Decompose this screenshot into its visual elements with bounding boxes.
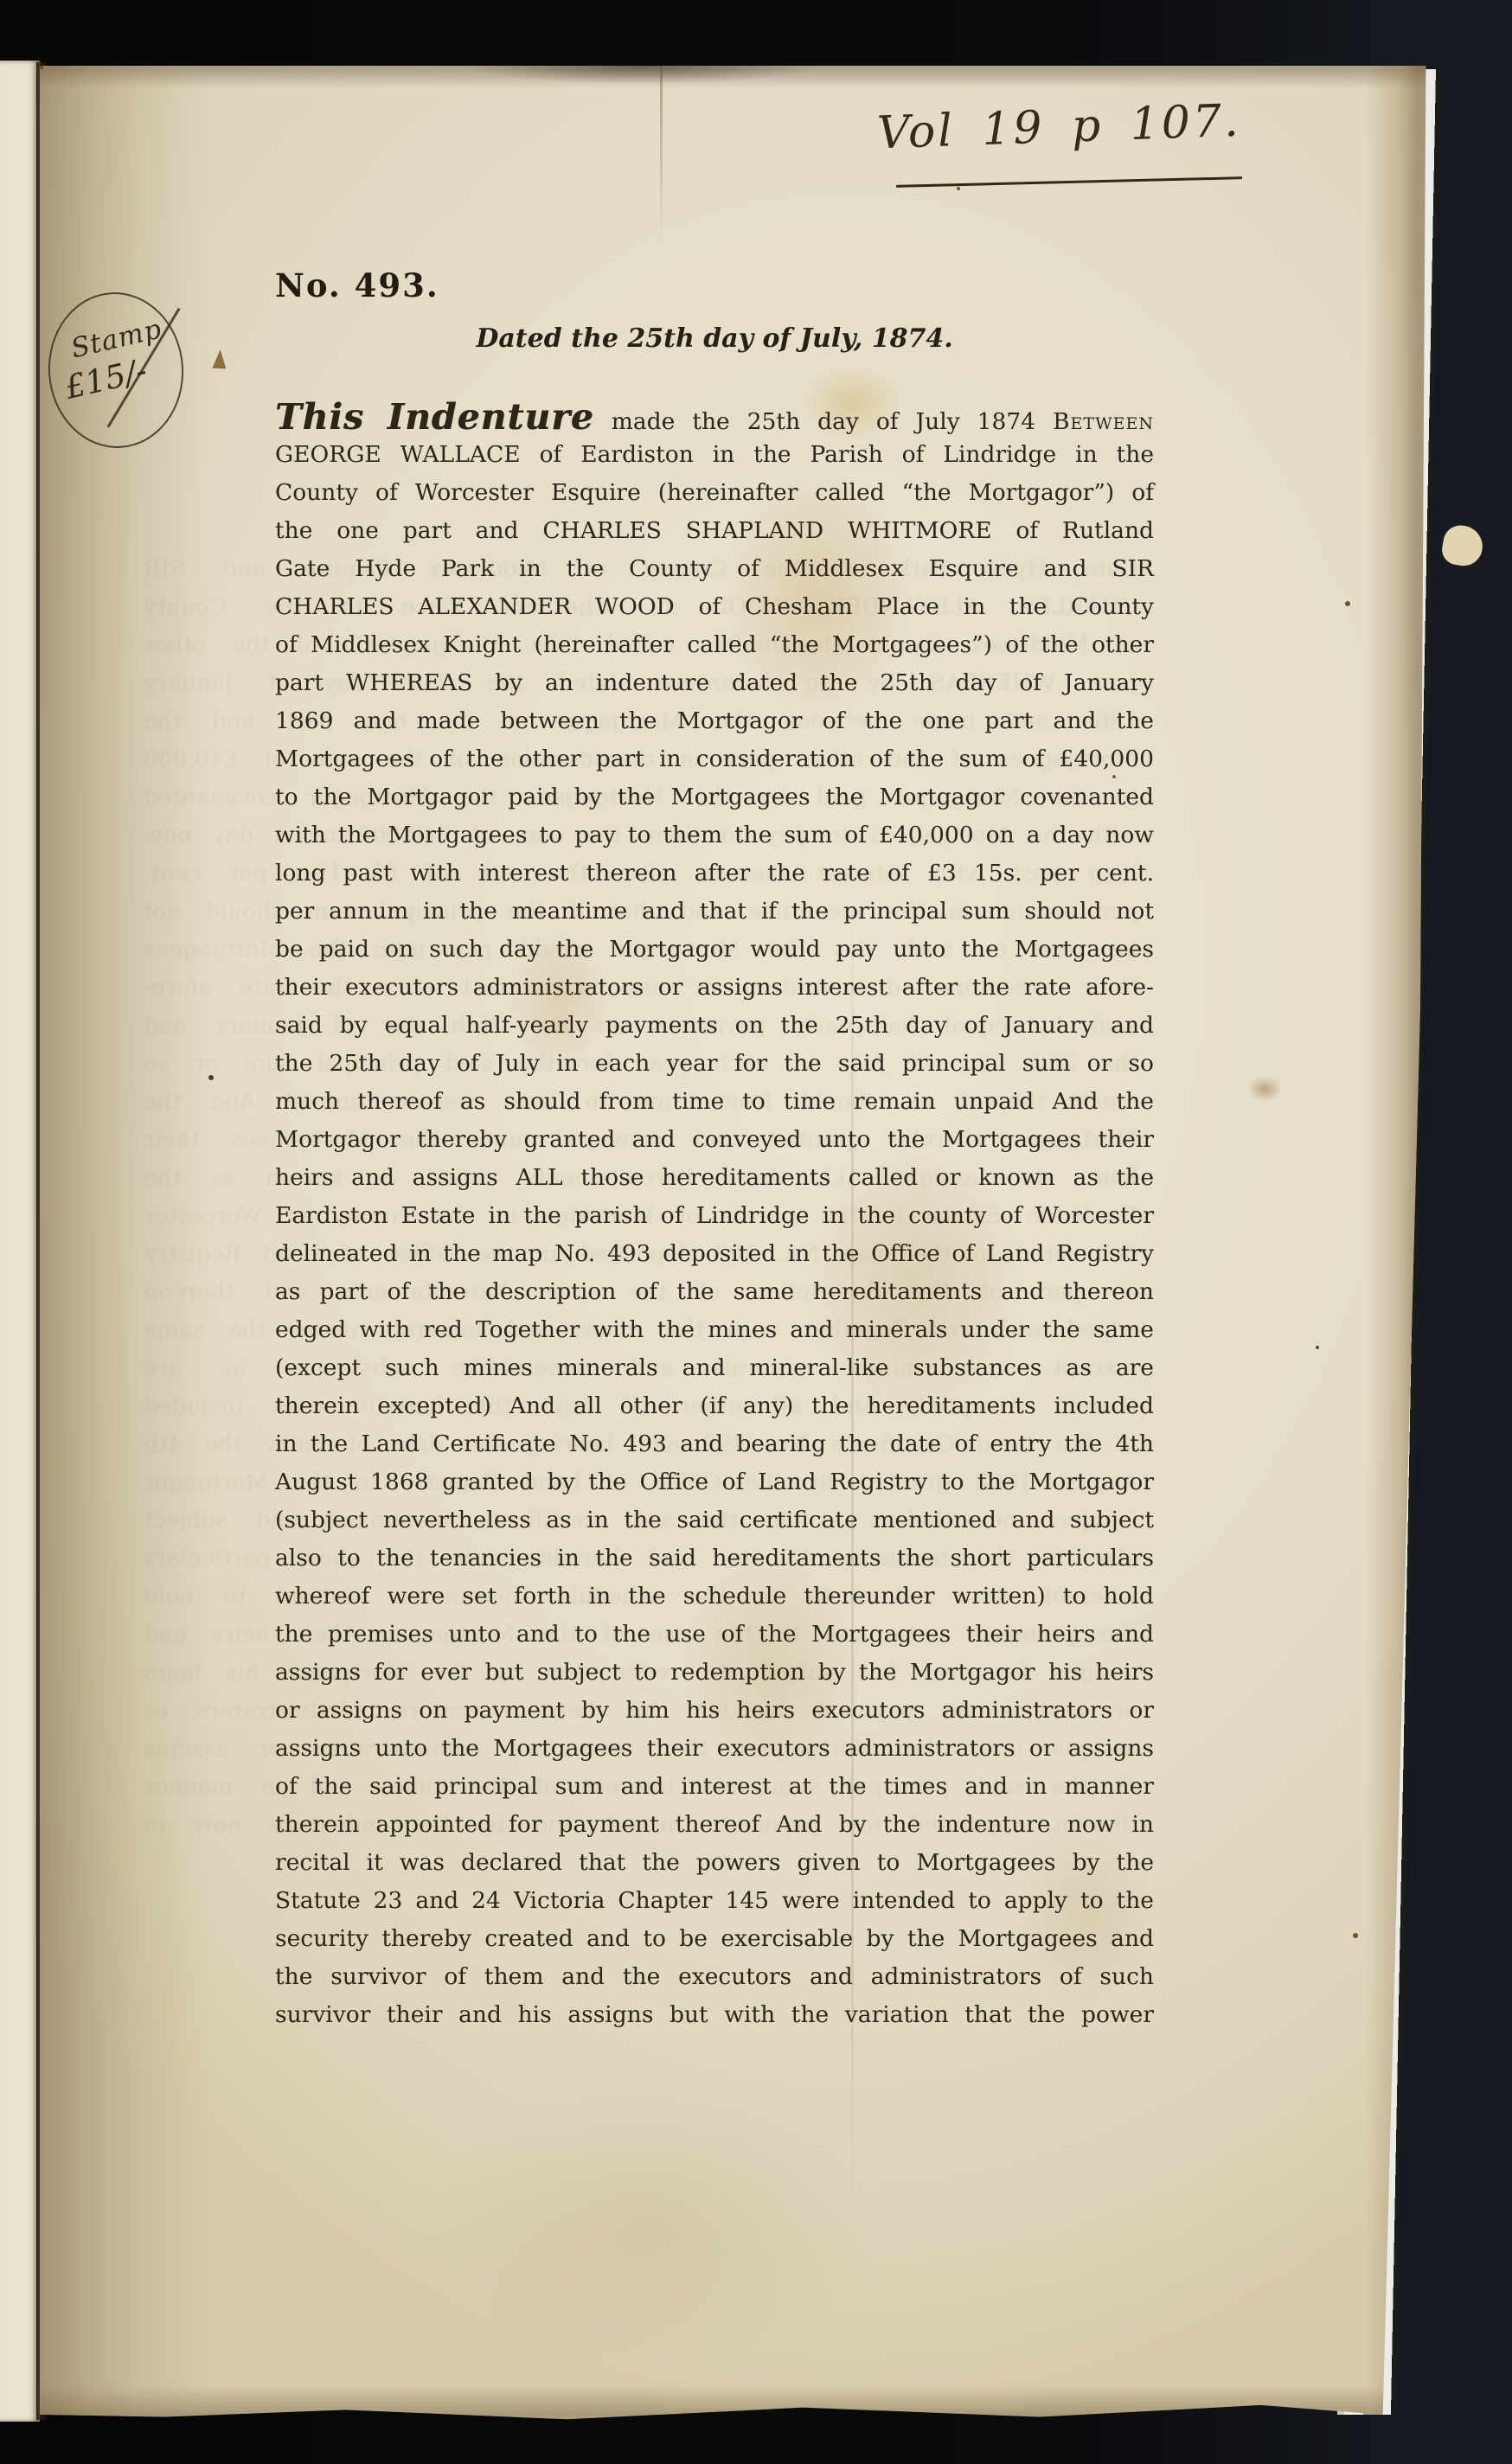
- vertical-crease: [660, 66, 663, 247]
- body-line: This Indenture made the 25th day of July…: [275, 398, 1154, 436]
- stain: [1247, 1076, 1282, 1102]
- body-line: (subject nevertheless as in the said cer…: [275, 1501, 1154, 1539]
- stain: [429, 2081, 879, 2366]
- body-line: of Middlesex Knight (hereinafter called …: [275, 626, 1154, 664]
- ink-wedge-mark: [212, 349, 227, 369]
- body-line: Statute 23 and 24 Victoria Chapter 145 w…: [275, 1882, 1154, 1920]
- body-line: in the Land Certificate No. 493 and bear…: [275, 1425, 1154, 1463]
- body-line: be paid on such day the Mortgagor would …: [275, 931, 1154, 969]
- body-line: as part of the description of the same h…: [275, 1273, 1154, 1311]
- body-line: of the said principal sum and interest a…: [275, 1768, 1154, 1806]
- body-line: edged with red Together with the mines a…: [275, 1311, 1154, 1349]
- body-line: to the Mortgagor paid by the Mortgagees …: [275, 778, 1154, 816]
- body-line: therein excepted) And all other (if any)…: [275, 1387, 1154, 1425]
- document-page: Gate Hyde Park in the County of Middlese…: [40, 66, 1427, 2422]
- foxing-specks: [40, 66, 43, 69]
- body-line: 1869 and made between the Mortgagor of t…: [275, 702, 1154, 740]
- body-line: Eardiston Estate in the parish of Lindri…: [275, 1197, 1154, 1235]
- previous-page-edge: [0, 61, 40, 2422]
- document-number: No. 493.: [275, 266, 439, 304]
- body-line: per annum in the meantime and that if th…: [275, 893, 1154, 931]
- body-line: delineated in the map No. 493 deposited …: [275, 1235, 1154, 1273]
- body-line: assigns unto the Mortgagees their execut…: [275, 1730, 1154, 1768]
- body-line: their executors administrators or assign…: [275, 969, 1154, 1007]
- body-line: Gate Hyde Park in the County of Middlese…: [275, 550, 1154, 588]
- body-line: part WHEREAS by an indenture dated the 2…: [275, 664, 1154, 702]
- body-line: Mortgagor thereby granted and conveyed u…: [275, 1121, 1154, 1159]
- handwritten-underline: [896, 176, 1242, 187]
- body-line: assigns for ever but subject to redempti…: [275, 1654, 1154, 1692]
- body-line: the 25th day of July in each year for th…: [275, 1045, 1154, 1083]
- body-line: heirs and assigns ALL those hereditament…: [275, 1159, 1154, 1197]
- body-line: also to the tenancies in the said heredi…: [275, 1539, 1154, 1578]
- body-line: the survivor of them and the executors a…: [275, 1958, 1154, 1996]
- indenture-body-text: This Indenture made the 25th day of July…: [275, 398, 1154, 2034]
- body-line: recital it was declared that the powers …: [275, 1844, 1154, 1882]
- body-line: said by equal half-yearly payments on th…: [275, 1007, 1154, 1045]
- top-edge-smudge: [455, 66, 827, 88]
- body-line: with the Mortgagees to pay to them the s…: [275, 816, 1154, 854]
- body-line: CHARLES ALEXANDER WOOD of Chesham Place …: [275, 588, 1154, 626]
- stamp-annotation: Stamp £15/-: [43, 288, 189, 452]
- body-line: Mortgagees of the other part in consider…: [275, 740, 1154, 778]
- body-line: long past with interest thereon after th…: [275, 854, 1154, 893]
- body-line: or assigns on payment by him his heirs e…: [275, 1692, 1154, 1730]
- scanned-document-photo: Gate Hyde Park in the County of Middlese…: [0, 0, 1512, 2464]
- body-line: much thereof as should from time to time…: [275, 1083, 1154, 1121]
- body-line: August 1868 granted by the Office of Lan…: [275, 1463, 1154, 1501]
- body-line: County of Worcester Esquire (hereinafter…: [275, 474, 1154, 512]
- dated-heading: Dated the 25th day of July, 1874.: [275, 323, 1154, 354]
- body-line: whereof were set forth in the schedule t…: [275, 1578, 1154, 1616]
- body-line: (except such mines minerals and mineral-…: [275, 1349, 1154, 1387]
- body-line: the premises unto and to the use of the …: [275, 1616, 1154, 1654]
- body-line: security thereby created and to be exerc…: [275, 1920, 1154, 1958]
- body-line: survivor their and his assigns but with …: [275, 1996, 1154, 2034]
- body-line: GEORGE WALLACE of Eardiston in the Paris…: [275, 436, 1154, 474]
- body-line: the one part and CHARLES SHAPLAND WHITMO…: [275, 512, 1154, 550]
- handwritten-volume-note: Vol 19 p 107.: [876, 93, 1293, 160]
- body-line: therein appointed for payment thereof An…: [275, 1806, 1154, 1844]
